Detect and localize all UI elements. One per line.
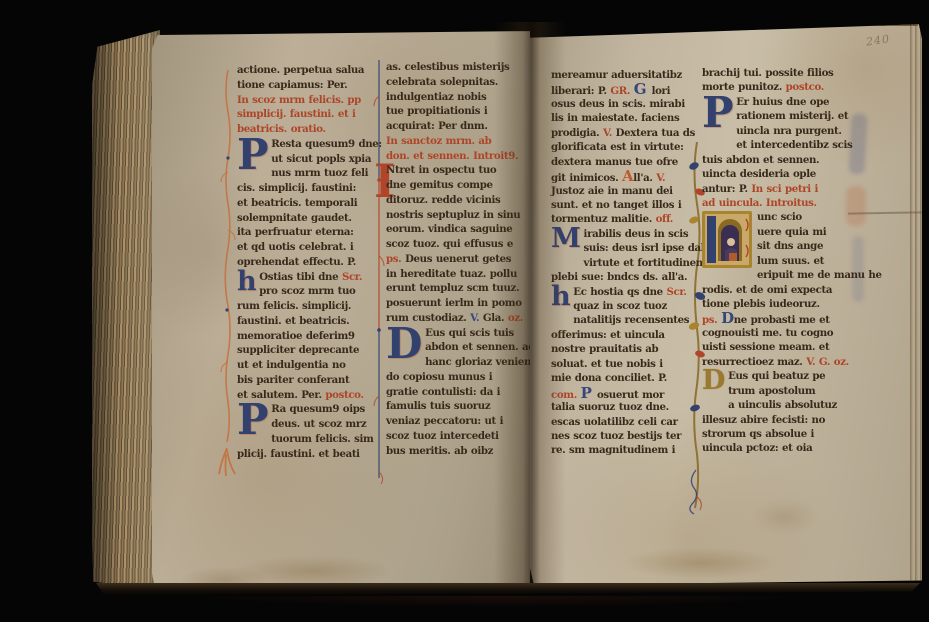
manuscript-text-line: nes scoz tuoz bestijs ter	[551, 429, 693, 443]
body-text: offerimus: et uincula	[551, 329, 665, 341]
body-text: plebi sue: bndcs ds. all'a.	[551, 271, 687, 283]
body-text: soluat. et tue nobis i	[551, 358, 663, 370]
body-text: tuorum felicis. sim	[271, 433, 373, 445]
body-text: deus. ut scoz mrz	[271, 418, 366, 430]
body-text: uincla nra purgent.	[736, 125, 841, 137]
body-text: nes scoz tuoz bestijs ter	[551, 430, 681, 442]
manuscript-text-line: Mirabilis deus in scis	[551, 227, 693, 241]
rubric-text: beatricis. oratio.	[237, 123, 326, 135]
body-text: talia suoruz tuoz dne.	[551, 401, 669, 413]
manuscript-text-line: antur: P. In sci petri i	[702, 182, 854, 196]
body-text: as. celestibus misterijs	[386, 61, 509, 73]
body-text: tione plebis iudeoruz.	[702, 298, 820, 310]
manuscript-text-line: tione capiamus: Per.	[237, 78, 373, 93]
manuscript-text-line: In scoz mrm felicis. pp	[237, 93, 373, 108]
body-text: tione capiamus: Per.	[237, 79, 347, 91]
body-text: lum suus. et	[757, 255, 824, 267]
manuscript-text-line: pro scoz mrm tuo	[237, 284, 373, 299]
body-text: nostre prauitatis ab	[551, 343, 658, 355]
manuscript-text-line: brachij tui. possite filios	[702, 66, 854, 80]
body-text: dextera manus tue ofre	[551, 156, 678, 168]
body-text: indulgentiaz nobis	[386, 91, 486, 103]
body-text: strorum qs absolue i	[702, 428, 814, 440]
body-text: eripuit me de manu he	[757, 269, 882, 281]
penwork-flourish-left-column	[218, 62, 236, 502]
page-edges-bottom	[96, 583, 920, 595]
manuscript-text-line: natalitijs recensentes	[551, 313, 693, 327]
manuscript-text-line: solempnitate gaudet.	[237, 211, 373, 226]
manuscript-text-line: cognouisti me. tu cogno	[702, 326, 854, 340]
manuscript-text-line: tuis abdon et sennen.	[702, 153, 854, 167]
rubric-text: Scr.	[666, 286, 686, 298]
manuscript-text-line: oprehendat effectu. P.	[237, 255, 373, 270]
manuscript-text-line: simplicij. faustini. et i	[237, 107, 373, 122]
body-text: glorificata est in virtute:	[551, 141, 684, 153]
manuscript-text-line: strorum qs absolue i	[702, 427, 854, 441]
open-book: actione. perpetua saluatione capiamus: P…	[0, 0, 929, 622]
manuscript-text-line: PEr huius dne ope	[702, 95, 854, 109]
body-text: trum apostolum	[728, 385, 815, 397]
manuscript-text-line: resurrectioez maz. V. G. oz.	[702, 355, 854, 369]
manuscript-text-line: virtute et fortitudinem	[551, 256, 693, 270]
rubric-text: In sanctoz mrm. ab	[386, 135, 491, 147]
manuscript-text-line: PResta quesum9 dne:	[237, 137, 373, 152]
body-text: a uinculis absolutuz	[728, 399, 837, 411]
body-text: Ec hostia qs dne	[573, 286, 666, 298]
body-text: uincta desideria ople	[702, 168, 816, 180]
body-text: irabilis deus in scis	[584, 228, 689, 240]
body-text: re. sm magnitudinem i	[551, 444, 675, 456]
manuscript-text-line: plebi sue: bndcs ds. all'a.	[551, 270, 693, 284]
body-text: oprehendat effectu. P.	[237, 256, 356, 268]
body-text: antur: P.	[702, 183, 751, 195]
manuscript-text-line: DEus qui beatuz pe	[702, 369, 854, 383]
manuscript-text-line: ita perfruatur eterna:	[237, 225, 373, 240]
body-text: suppliciter deprecante	[237, 344, 359, 356]
manuscript-text-line: uincta desideria ople	[702, 167, 854, 181]
body-text: rum custodiaz.	[386, 312, 470, 324]
rubric-text: V. G. oz.	[806, 356, 849, 368]
body-text: dne gemitus compe	[386, 179, 493, 191]
illuminated-initial-P: P	[237, 138, 268, 181]
body-text: V.	[470, 312, 483, 324]
illuminated-initial-D: D	[386, 327, 422, 370]
body-text: ne probasti me et	[734, 314, 830, 326]
body-text: faustini. et beatricis.	[237, 315, 349, 327]
illuminated-initial-P: P	[237, 403, 268, 446]
manuscript-text-line: com. P osuerut mor	[551, 386, 693, 400]
body-text: osus deus in scis. mirabi	[551, 98, 685, 110]
manuscript-text-line: uisti sessione meam. et	[702, 340, 854, 354]
body-text: illesuz abire fecisti: no	[702, 414, 825, 426]
body-text: Dextera tua ds	[616, 127, 695, 139]
body-text: suis: deus isrl ipse dabit	[584, 242, 716, 254]
manuscript-text-line: hOstias tibi dne Scr.	[237, 270, 373, 285]
manuscript-text-line: ps. Dne probasti me et	[702, 311, 854, 325]
rubric-text: off.	[656, 213, 673, 225]
body-text: acquirat: Per dnm.	[386, 120, 488, 132]
body-text: uere quia mi	[757, 226, 826, 238]
body-text: rationem misterij. et	[736, 110, 848, 122]
body-text: rodis. et de omi expecta	[702, 284, 832, 296]
rubric-text: V.	[603, 127, 616, 139]
manuscript-text-line: prodigia. V. Dextera tua ds	[551, 126, 693, 140]
body-text: P	[581, 384, 597, 402]
rubric-text: postco.	[325, 389, 363, 401]
body-text: Justoz aie in manu dei	[551, 185, 673, 197]
manuscript-text-line: tormentuz malitie. off.	[551, 212, 693, 226]
body-text: cis. simplicij. faustini:	[237, 182, 356, 194]
manuscript-text-line: liberari: P. GR. G lori	[551, 82, 693, 96]
body-text: et beatricis. temporali	[237, 197, 357, 209]
body-text: lori	[652, 85, 671, 97]
manuscript-text-line: lis in maiestate. faciens	[551, 111, 693, 125]
book-gutter-shadow	[494, 22, 566, 590]
body-text: bus meritis. ab oibz	[386, 445, 493, 457]
body-text: ita perfruatur eterna:	[237, 226, 354, 238]
body-text: et intercedentibz scis	[736, 139, 852, 151]
body-text: Ostias tibi dne	[259, 271, 342, 283]
manuscript-text-line: Justoz aie in manu dei	[551, 184, 693, 198]
manuscript-text-line: rum felicis. simplicij.	[237, 299, 373, 314]
text-column: brachij tui. possite filiosmorte punitoz…	[702, 66, 854, 456]
body-text: Ra quesum9 oips	[271, 403, 365, 415]
body-text: celebrata solepnitas.	[386, 76, 498, 88]
body-text: tormentuz malitie.	[551, 213, 656, 225]
body-text: plicij. faustini. et beati	[237, 448, 360, 460]
manuscript-text-line: PRa quesum9 oips	[237, 402, 373, 417]
manuscript-text-line: mie dona conciliet. P.	[551, 371, 693, 385]
body-text: Ntret in ospectu tuo	[386, 164, 496, 176]
surface-reflection	[120, 596, 880, 610]
right-page: 240 mereamur aduersitatibzliberari: P. G…	[530, 22, 922, 585]
body-text: lis in maiestate. faciens	[551, 112, 679, 124]
illuminated-initial-h: h	[237, 271, 256, 299]
text-column: actione. perpetua saluatione capiamus: P…	[237, 63, 373, 461]
body-text: uisti sessione meam. et	[702, 341, 829, 353]
penwork-flourish-inner-column	[372, 56, 386, 486]
body-text: et qd uotis celebrat. i	[237, 241, 353, 253]
manuscript-text-line: et intercedentibz scis	[702, 138, 854, 152]
rubric-text: V.	[656, 172, 665, 184]
manuscript-text-line: escas uolatilibz celi car	[551, 415, 693, 429]
manuscript-text-line: glorificata est in virtute:	[551, 140, 693, 154]
manuscript-text-line: rodis. et de omi expecta	[702, 283, 854, 297]
body-text: mie dona conciliet. P.	[551, 372, 667, 384]
body-text: ditoruz. redde vicinis	[386, 194, 500, 206]
manuscript-text-line: cis. simplicij. faustini:	[237, 181, 373, 196]
photo-background: actione. perpetua saluatione capiamus: P…	[0, 0, 929, 622]
manuscript-text-line: quaz in scoz tuoz	[551, 299, 693, 313]
manuscript-text-line: faustini. et beatricis.	[237, 314, 373, 329]
body-text: sit dns ange	[757, 240, 823, 252]
manuscript-text-line: hEc hostia qs dne Scr.	[551, 285, 693, 299]
body-text: ut sicut popls xpia	[271, 153, 371, 165]
body-text: famulis tuis suoruz	[386, 400, 490, 412]
body-text: pro scoz mrm tuo	[259, 285, 355, 297]
body-text: unc scio	[757, 211, 802, 223]
manuscript-text-line: ad uincula. Introitus.	[702, 196, 854, 210]
body-text: sunt. et no tanget illos i	[551, 199, 681, 211]
rubric-text: postco.	[786, 81, 824, 93]
manuscript-text-line: beatricis. oratio.	[237, 122, 373, 137]
parchment-stain	[596, 542, 806, 584]
body-text: osuerut mor	[597, 389, 664, 401]
manuscript-text-line: ut et indulgentia no	[237, 358, 373, 373]
body-text: natalitijs recensentes	[573, 314, 689, 326]
manuscript-text-line: bis pariter conferant	[237, 373, 373, 388]
text-column: mereamur aduersitatibzliberari: P. GR. G…	[551, 68, 693, 458]
rubric-text: GR.	[610, 85, 633, 97]
body-text: escas uolatilibz celi car	[551, 416, 678, 428]
body-text: tuis abdon et sennen.	[702, 154, 819, 166]
body-text: uincula pctoz: et oia	[702, 442, 812, 454]
body-text: quaz in scoz tuoz	[573, 300, 667, 312]
body-text: D	[721, 309, 734, 327]
body-text: do copiosu munus i	[386, 371, 492, 383]
manuscript-text-line: sunt. et no tanget illos i	[551, 198, 693, 212]
rubric-text: In sci petri i	[751, 183, 818, 195]
manuscript-text-line: illesuz abire fecisti: no	[702, 413, 854, 427]
illuminated-initial-D: D	[702, 370, 725, 398]
manuscript-text-line: actione. perpetua salua	[237, 63, 373, 78]
body-text: nus mrm tuoz feli	[271, 167, 368, 179]
historiated-initial-N	[702, 211, 752, 268]
manuscript-text-line: et beatricis. temporali	[237, 196, 373, 211]
body-text: solempnitate gaudet.	[237, 212, 352, 224]
body-text: mereamur aduersitatibz	[551, 69, 682, 81]
manuscript-text-line: unc scio	[702, 210, 854, 224]
body-text: ll'a.	[633, 172, 656, 184]
body-text: Resta quesum9 dne:	[271, 138, 382, 150]
body-text: Eus qui beatuz pe	[728, 370, 825, 382]
manuscript-text-line: re. sm magnitudinem i	[551, 443, 693, 457]
body-text: ut et indulgentia no	[237, 359, 346, 371]
manuscript-text-line: soluat. et tue nobis i	[551, 357, 693, 371]
rubric-text: ps.	[386, 253, 405, 265]
body-text: veniaz peccatoru: ut i	[386, 415, 503, 427]
page-edges-right	[908, 24, 922, 583]
manuscript-text-line: et qd uotis celebrat. i	[237, 240, 373, 255]
body-text: Er huius dne ope	[736, 96, 829, 108]
body-text: bis pariter conferant	[237, 374, 349, 386]
manuscript-text-line: offerimus: et uincula	[551, 328, 693, 342]
folio-number: 240	[865, 32, 891, 48]
manuscript-text-line: memoratioe deferim9	[237, 329, 373, 344]
body-text: A	[622, 167, 633, 185]
manuscript-text-line: uincula pctoz: et oia	[702, 441, 854, 455]
illuminated-initial-I: I	[374, 163, 381, 220]
body-text: actione. perpetua salua	[237, 64, 364, 76]
page-edges-left	[92, 30, 160, 590]
body-text: brachij tui. possite filios	[702, 67, 833, 79]
illuminated-initial-P: P	[702, 96, 733, 139]
body-text: cognouisti me. tu cogno	[702, 327, 833, 339]
body-text: gratie contulisti: da i	[386, 386, 500, 398]
manuscript-text-line: git inimicos. All'a. V.	[551, 169, 693, 183]
manuscript-text-line: mereamur aduersitatibz	[551, 68, 693, 82]
rubric-text: ps.	[702, 314, 721, 326]
body-text: rum felicis. simplicij.	[237, 300, 351, 312]
manuscript-text-line: plicij. faustini. et beati	[237, 447, 373, 462]
rubric-text: simplicij. faustini. et i	[237, 108, 356, 120]
body-text: resurrectioez maz.	[702, 356, 806, 368]
body-text: tue propitiationis i	[386, 105, 487, 117]
manuscript-text-line: osus deus in scis. mirabi	[551, 97, 693, 111]
left-page: actione. perpetua saluatione capiamus: P…	[152, 26, 530, 590]
manuscript-text-line: a uinculis absolutuz	[702, 398, 854, 412]
body-text: G	[634, 80, 652, 98]
body-text: memoratioe deferim9	[237, 330, 355, 342]
manuscript-text-line: nostre prauitatis ab	[551, 342, 693, 356]
rubric-text: ad uincula. Introitus.	[702, 197, 817, 209]
parchment-stain	[740, 492, 830, 542]
manuscript-text-line: eripuit me de manu he	[702, 268, 854, 282]
body-text: et salutem. Per.	[237, 389, 325, 401]
body-text: morte punitoz.	[702, 81, 786, 93]
manuscript-text-line: morte punitoz. postco.	[702, 80, 854, 94]
manuscript-text-line: talia suoruz tuoz dne.	[551, 400, 693, 414]
manuscript-text-line: suppliciter deprecante	[237, 343, 373, 358]
rubric-text: Scr.	[342, 271, 362, 283]
body-text: scoz tuoz intercedeti	[386, 430, 499, 442]
body-text: virtute et fortitudinem	[584, 257, 707, 269]
manuscript-text-line: et salutem. Per. postco.	[237, 388, 373, 403]
rubric-text: In scoz mrm felicis. pp	[237, 94, 361, 106]
